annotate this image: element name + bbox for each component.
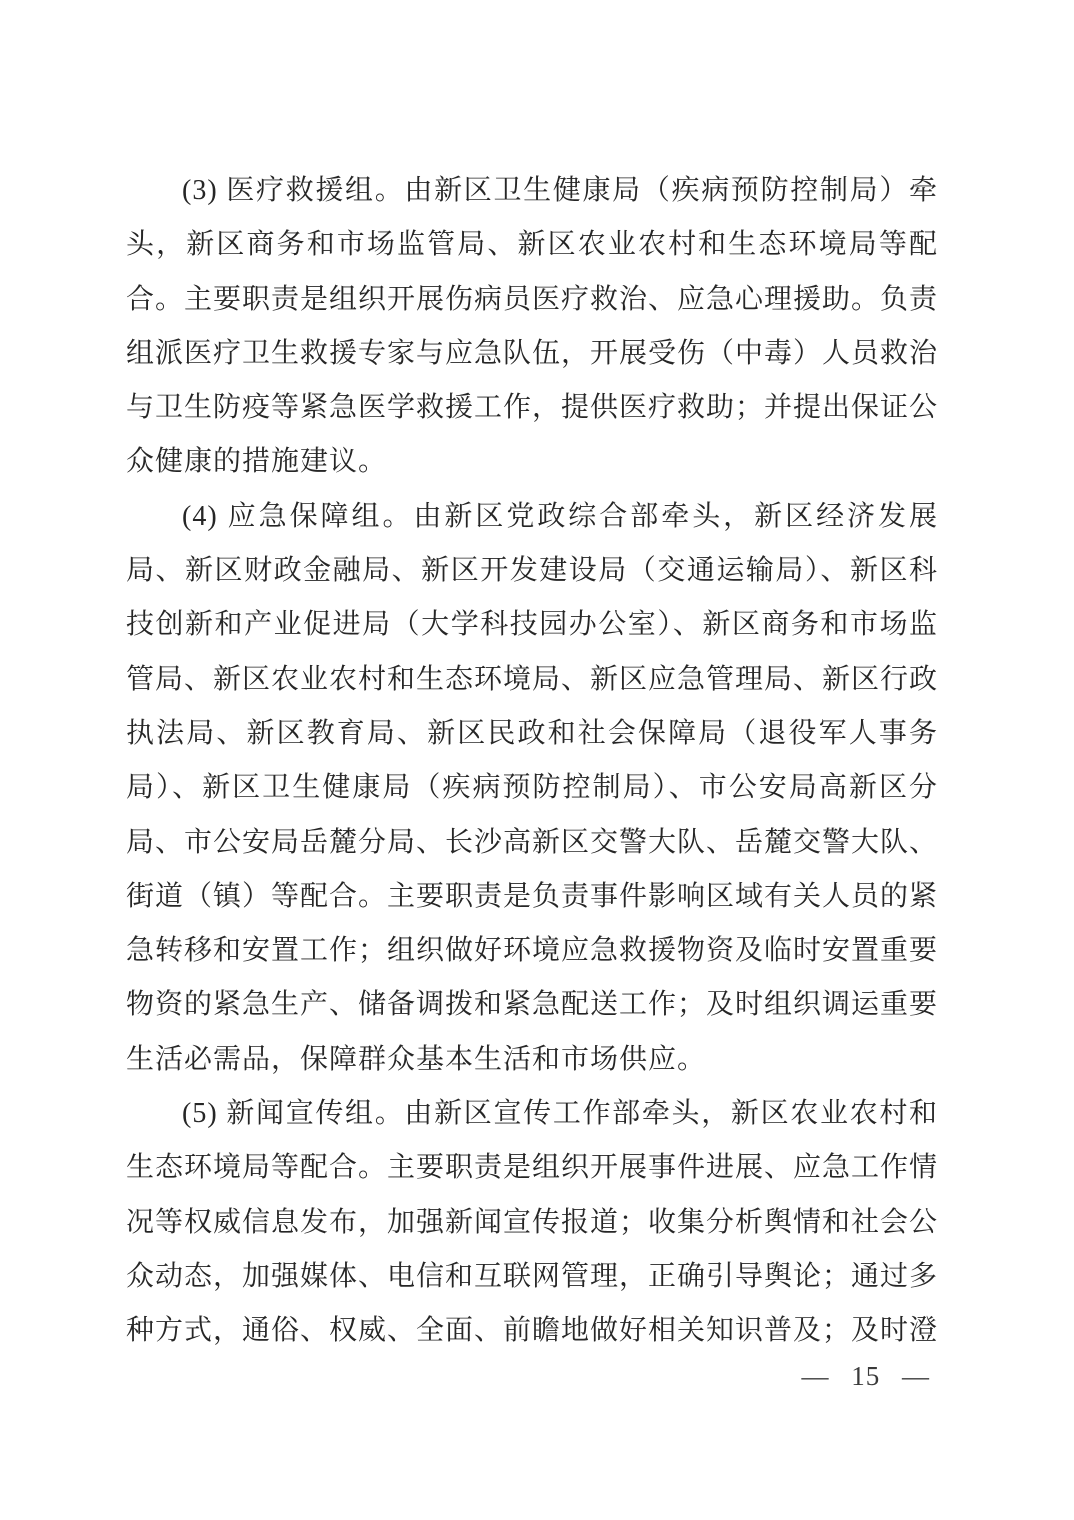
- text-line: 众动态，加强媒体、电信和互联网管理，正确引导舆论；通过多: [126, 1250, 938, 1304]
- text-line: 急转移和安置工作；组织做好环境应急救援物资及临时安置重要: [126, 924, 938, 978]
- text-line: 局）、新区卫生健康局（疾病预防控制局）、市公安局高新区分: [126, 761, 938, 815]
- text-line: 局、新区财政金融局、新区开发建设局（交通运输局）、新区科: [126, 544, 938, 598]
- paragraph-medical-rescue-group: (3) 医疗救援组。由新区卫生健康局（疾病预防控制局）牵 头，新区商务和市场监管…: [126, 164, 938, 490]
- text-line: 组派医疗卫生救援专家与应急队伍，开展受伤（中毒）人员救治: [126, 327, 938, 381]
- text-line: 物资的紧急生产、储备调拨和紧急配送工作；及时组织调运重要: [126, 978, 938, 1032]
- text-line: (5) 新闻宣传组。由新区宣传工作部牵头，新区农业农村和: [126, 1087, 938, 1141]
- text-line: 生活必需品，保障群众基本生活和市场供应。: [126, 1033, 938, 1087]
- text-line: 合。主要职责是组织开展伤病员医疗救治、应急心理援助。负责: [126, 273, 938, 327]
- page-number: — 15 —: [126, 1358, 930, 1394]
- text-line: 与卫生防疫等紧急医学救援工作，提供医疗救助；并提出保证公: [126, 381, 938, 435]
- text-line: 众健康的措施建议。: [126, 435, 938, 489]
- text-line: 局、市公安局岳麓分局、长沙高新区交警大队、岳麓交警大队、: [126, 816, 938, 870]
- text-line: (4) 应急保障组。由新区党政综合部牵头，新区经济发展: [126, 490, 938, 544]
- paragraph-emergency-support-group: (4) 应急保障组。由新区党政综合部牵头，新区经济发展 局、新区财政金融局、新区…: [126, 490, 938, 1087]
- text-line: 生态环境局等配合。主要职责是组织开展事件进展、应急工作情: [126, 1141, 938, 1195]
- document-page: (3) 医疗救援组。由新区卫生健康局（疾病预防控制局）牵 头，新区商务和市场监管…: [0, 0, 1074, 1520]
- text-line: 执法局、新区教育局、新区民政和社会保障局（退役军人事务: [126, 707, 938, 761]
- text-line: 种方式，通俗、权威、全面、前瞻地做好相关知识普及；及时澄: [126, 1304, 938, 1358]
- text-line: 街道（镇）等配合。主要职责是负责事件影响区域有关人员的紧: [126, 870, 938, 924]
- text-line: 技创新和产业促进局（大学科技园办公室）、新区商务和市场监: [126, 598, 938, 652]
- document-body-text: (3) 医疗救援组。由新区卫生健康局（疾病预防控制局）牵 头，新区商务和市场监管…: [126, 164, 938, 1359]
- text-line: 管局、新区农业农村和生态环境局、新区应急管理局、新区行政: [126, 653, 938, 707]
- text-line: 况等权威信息发布，加强新闻宣传报道；收集分析舆情和社会公: [126, 1196, 938, 1250]
- text-line: (3) 医疗救援组。由新区卫生健康局（疾病预防控制局）牵: [126, 164, 938, 218]
- text-line: 头，新区商务和市场监管局、新区农业农村和生态环境局等配: [126, 218, 938, 272]
- paragraph-news-publicity-group: (5) 新闻宣传组。由新区宣传工作部牵头，新区农业农村和 生态环境局等配合。主要…: [126, 1087, 938, 1358]
